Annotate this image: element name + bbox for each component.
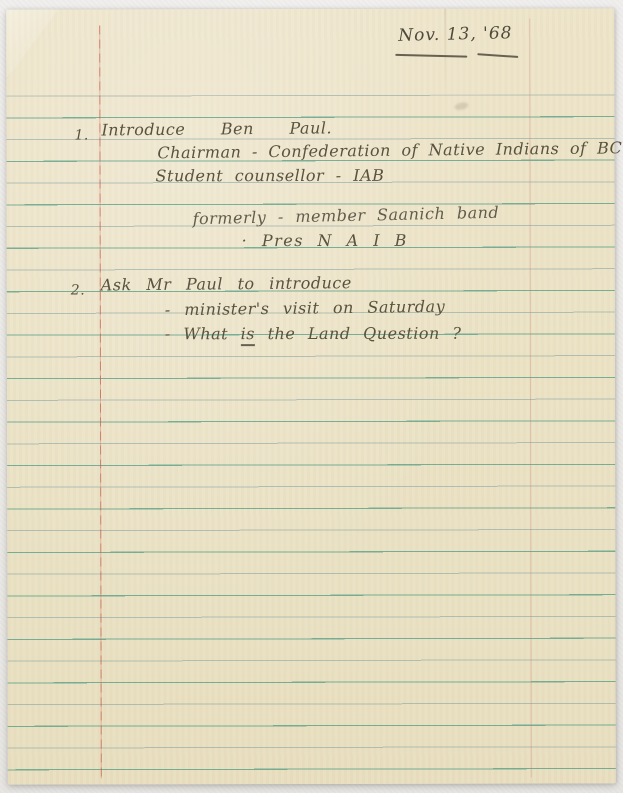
date-underline-2: [477, 53, 518, 58]
item-1-aside-pres: · Pres N A I B: [242, 231, 408, 251]
item-2-number: 2.: [71, 280, 85, 300]
date-heading: Nov. 13, '68: [398, 23, 513, 46]
item-1-title: Introduce Ben Paul.: [101, 118, 332, 140]
bullet-text-prefix: - What: [165, 324, 241, 343]
item-2-bullet-ministers-visit: - minister's visit on Saturday: [165, 297, 446, 321]
corner-fold: [6, 10, 58, 80]
ruled-lines: [6, 94, 615, 771]
notebook-page: Nov. 13, '68 1. Introduce Ben Paul. Chai…: [6, 8, 616, 784]
bullet-text-suffix: the Land Question ?: [255, 324, 461, 343]
underlined-word-is: is: [241, 324, 255, 346]
date-underline-1: [395, 54, 467, 58]
item-1-number: 1.: [74, 125, 88, 145]
item-2-title: Ask Mr Paul to introduce: [101, 273, 352, 295]
item-2-bullet-land-question: - What is the Land Question ?: [165, 324, 462, 345]
item-1-detail-counsellor: Student counsellor - IAB: [156, 166, 385, 186]
